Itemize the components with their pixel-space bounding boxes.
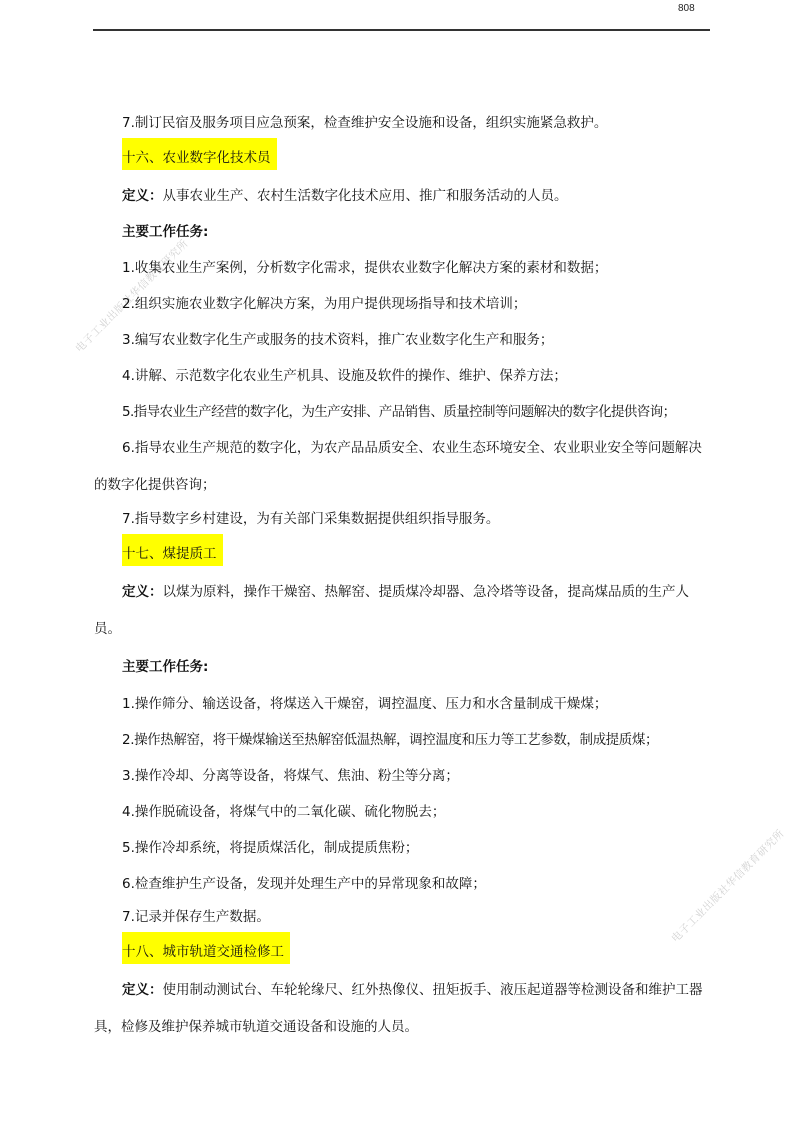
definition-label: 定义： — [122, 584, 163, 600]
definition-text: 从事农业生产、农村生活数字化技术应用、推广和服务活动的人员。 — [163, 188, 568, 204]
section-heading: 十八、城市轨道交通检修工 — [122, 932, 290, 964]
section-18: 十八、城市轨道交通检修工 定义：使用制动测试台、车轮轮缘尺、红外热像仪、扭矩扳手… — [94, 932, 712, 1046]
section-17: 十七、煤提质工 定义：以煤为原料，操作干燥窑、热解窑、提质煤冷却器、急冷塔等设备… — [94, 534, 712, 932]
definition-label: 定义： — [122, 188, 163, 204]
page-number: 808 — [678, 3, 695, 14]
task-item: 3.编写农业数字化生产或服务的技术资料，推广农业数字化生产和服务； — [94, 322, 712, 358]
definition-label: 定义： — [122, 982, 163, 998]
task-item: 6.检查维护生产设备，发现并处理生产中的异常现象和故障； — [94, 866, 712, 902]
header-rule — [93, 29, 710, 31]
document-body: 7.制订民宿及服务项目应急预案，检查维护安全设施和设备，组织实施紧急救护。 十六… — [94, 108, 712, 1046]
section-16: 十六、农业数字化技术员 定义：从事农业生产、农村生活数字化技术应用、推广和服务活… — [94, 138, 712, 534]
task-item: 4.操作脱硫设备，将煤气中的二氧化碳、硫化物脱去； — [94, 794, 712, 830]
task-item: 2.操作热解窑，将干燥煤输送至热解窑低温热解，调控温度和压力等工艺参数，制成提质… — [94, 722, 712, 758]
intro-line: 7.制订民宿及服务项目应急预案，检查维护安全设施和设备，组织实施紧急救护。 — [94, 108, 712, 138]
definition: 定义：从事农业生产、农村生活数字化技术应用、推广和服务活动的人员。 — [94, 178, 712, 214]
task-item: 7.指导数字乡村建设，为有关部门采集数据提供组织指导服务。 — [94, 504, 712, 534]
definition: 定义：使用制动测试台、车轮轮缘尺、红外热像仪、扭矩扳手、液压起道器等检测设备和维… — [94, 972, 712, 1046]
section-heading: 十七、煤提质工 — [122, 534, 223, 566]
tasks-label: 主要工作任务: — [94, 648, 712, 686]
task-item: 5.指导农业生产经营的数字化，为生产安排、产品销售、质量控制等问题解决的数字化提… — [94, 394, 712, 430]
task-item: 7.记录并保存生产数据。 — [94, 902, 712, 932]
definition-text: 使用制动测试台、车轮轮缘尺、红外热像仪、扭矩扳手、液压起道器等检测设备和维护工器… — [94, 982, 703, 1035]
tasks-label: 主要工作任务: — [94, 214, 712, 250]
definition-text: 以煤为原料，操作干燥窑、热解窑、提质煤冷却器、急冷塔等设备，提高煤品质的生产人员… — [94, 584, 689, 637]
task-item: 1.收集农业生产案例，分析数字化需求，提供农业数字化解决方案的素材和数据； — [94, 250, 712, 286]
task-item: 1.操作筛分、输送设备，将煤送入干燥窑，调控温度、压力和水含量制成干燥煤； — [94, 686, 712, 722]
section-heading: 十六、农业数字化技术员 — [122, 138, 277, 170]
definition: 定义：以煤为原料，操作干燥窑、热解窑、提质煤冷却器、急冷塔等设备，提高煤品质的生… — [94, 574, 712, 648]
task-item: 4.讲解、示范数字化农业生产机具、设施及软件的操作、维护、保养方法； — [94, 358, 712, 394]
task-item: 6.指导农业生产规范的数字化，为农产品品质安全、农业生态环境安全、农业职业安全等… — [94, 430, 712, 504]
task-item: 3.操作冷却、分离等设备，将煤气、焦油、粉尘等分离； — [94, 758, 712, 794]
task-item: 5.操作冷却系统，将提质煤活化，制成提质焦粉； — [94, 830, 712, 866]
task-item: 2.组织实施农业数字化解决方案，为用户提供现场指导和技术培训； — [94, 286, 712, 322]
